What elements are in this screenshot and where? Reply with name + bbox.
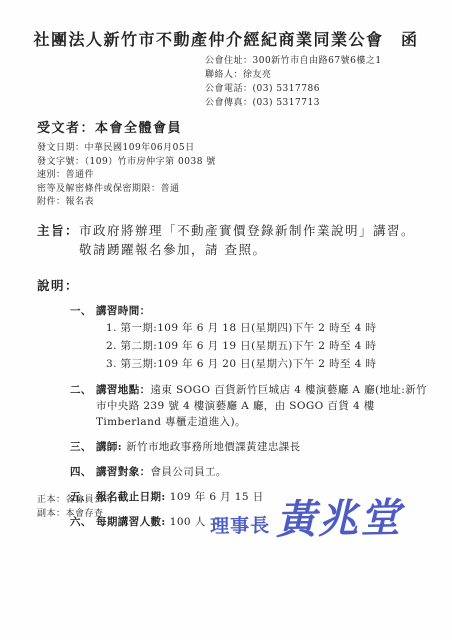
contact-person: 聯絡人：徐友亮: [205, 68, 452, 82]
list-item-time: 一、 講習時間： 1. 第一期:109 年 6 月 18 日(星期四)下午 2 …: [70, 303, 430, 373]
duplicate-copy-line: 副本：本會存查: [37, 508, 113, 522]
list-item-audience: 四、 講習對象：會員公司員工。: [70, 464, 430, 480]
subject-label: 主旨：: [37, 221, 79, 259]
session-1: 1. 第一期:109 年 6 月 18 日(星期四)下午 2 時至 4 時: [106, 319, 430, 337]
item-ordinal: 四、: [70, 464, 96, 480]
item-label: 講習對象：: [96, 466, 151, 478]
item-label: 講習地點：: [96, 384, 151, 396]
contact-phone: 公會電話：(03) 5317786: [205, 82, 452, 96]
meta-block: 發文日期：中華民國109年06月05日 發文字號：（109）竹市房仲字第 003…: [37, 142, 452, 210]
document-title: 社團法人新竹市不動產仲介經紀商業同業公會 函: [0, 0, 452, 50]
item-label: 講習時間：: [96, 305, 151, 317]
list-item-lecturer: 三、 講師: 新竹市地政事務所地價課黃建忠課長: [70, 439, 430, 455]
session-3: 3. 第三期:109 年 6 月 20 日(星期六)下午 2 時至 4 時: [106, 355, 430, 373]
meta-issue-date: 發文日期：中華民國109年06月05日: [37, 142, 452, 156]
subject-text: 市政府將辦理「不動產實價登錄新制作業說明」講習。 敬請踴躍報名參加，請 查照。: [79, 221, 415, 259]
description-label: 說明：: [37, 276, 452, 294]
subject-block: 主旨： 市政府將辦理「不動產實價登錄新制作業說明」講習。 敬請踴躍報名參加，請 …: [37, 221, 452, 259]
item-text: 新竹市地政事務所地價課黃建忠課長: [126, 441, 300, 453]
meta-attachment: 附件：報名表: [37, 196, 452, 210]
recipient-line: 受文者：本會全體會員: [37, 117, 452, 136]
meta-classification: 密等及解密條件或保密期限：普通: [37, 183, 452, 197]
original-copy-line: 正本：各會員公司: [37, 494, 113, 508]
item-ordinal: 一、: [70, 303, 96, 373]
signature-name: 黃兆堂: [276, 486, 403, 545]
session-2: 2. 第二期:109 年 6 月 19 日(星期五)下午 2 時至 4 時: [106, 337, 430, 355]
item-label: 講師:: [96, 441, 126, 453]
copies-block: 正本：各會員公司 副本：本會存查: [37, 494, 113, 521]
contact-block: 公會住址：300新竹市自由路67號6樓之1 聯絡人：徐友亮 公會電話：(03) …: [205, 54, 452, 110]
chairman-signature: 理事長 黃兆堂: [210, 486, 403, 546]
signature-title: 理事長: [210, 511, 270, 539]
meta-doc-number: 發文字號：（109）竹市房仲字第 0038 號: [37, 156, 452, 170]
item-text: 會員公司員工。: [151, 466, 227, 478]
subject-line1: 市政府將辦理「不動產實價登錄新制作業說明」講習。: [79, 223, 415, 238]
item-ordinal: 二、: [70, 382, 96, 430]
subject-line2: 敬請踴躍報名參加，請 查照。: [79, 242, 266, 257]
contact-address: 公會住址：300新竹市自由路67號6樓之1: [205, 54, 452, 68]
item-text: 100 人: [170, 516, 206, 528]
list-item-location: 二、 講習地點：遠東 SOGO 百貨新竹巨城店 4 樓演藝廳 A 廳(地址:新竹…: [70, 382, 430, 430]
meta-speed: 速別：普通件: [37, 169, 452, 183]
contact-fax: 公會傳真：(03) 5317713: [205, 96, 452, 110]
official-letter-page: 社團法人新竹市不動產仲介經紀商業同業公會 函 公會住址：300新竹市自由路67號…: [0, 0, 452, 640]
item-ordinal: 三、: [70, 439, 96, 455]
